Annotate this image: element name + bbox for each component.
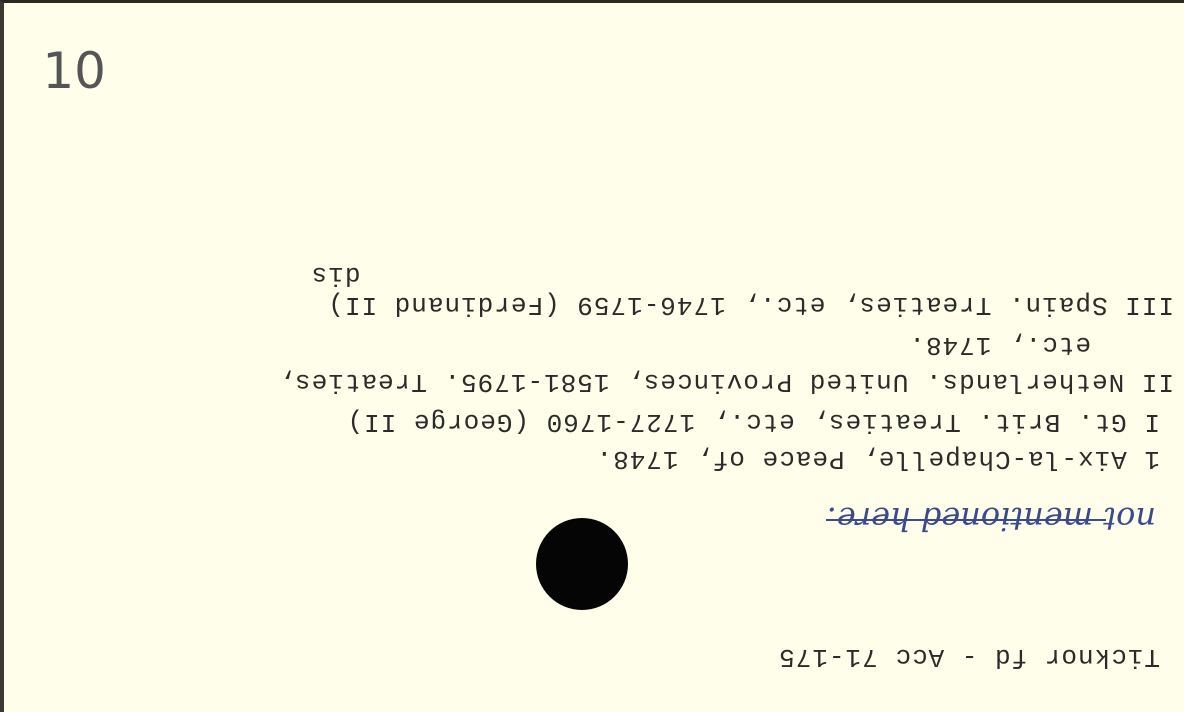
catalog-card: Ticknor fd - Acc 71-175 not mentioned he…: [0, 0, 1184, 712]
card-heading: Ticknor fd - Acc 71-175: [778, 642, 1160, 672]
handwritten-note: not mentioned here.: [696, 492, 1166, 542]
tracing-3-cont: etc., 1748.: [908, 330, 1174, 360]
tracing-4-cont: dis: [311, 260, 1174, 290]
tracing-2: I Gt. Brit. Treaties, etc., 1727-1760 (G…: [346, 407, 1160, 437]
punch-hole: [536, 518, 628, 610]
tracing-1: 1 Aix-la-Chapelle, Peace of, 1748.: [596, 444, 1161, 474]
tracing-4: III Spain. Treaties, etc., 1746-1759 (Fe…: [327, 290, 1174, 320]
tracing-3: II Netherlands. United Provinces, 1581-1…: [277, 367, 1174, 397]
pencil-number: 10: [42, 42, 106, 100]
